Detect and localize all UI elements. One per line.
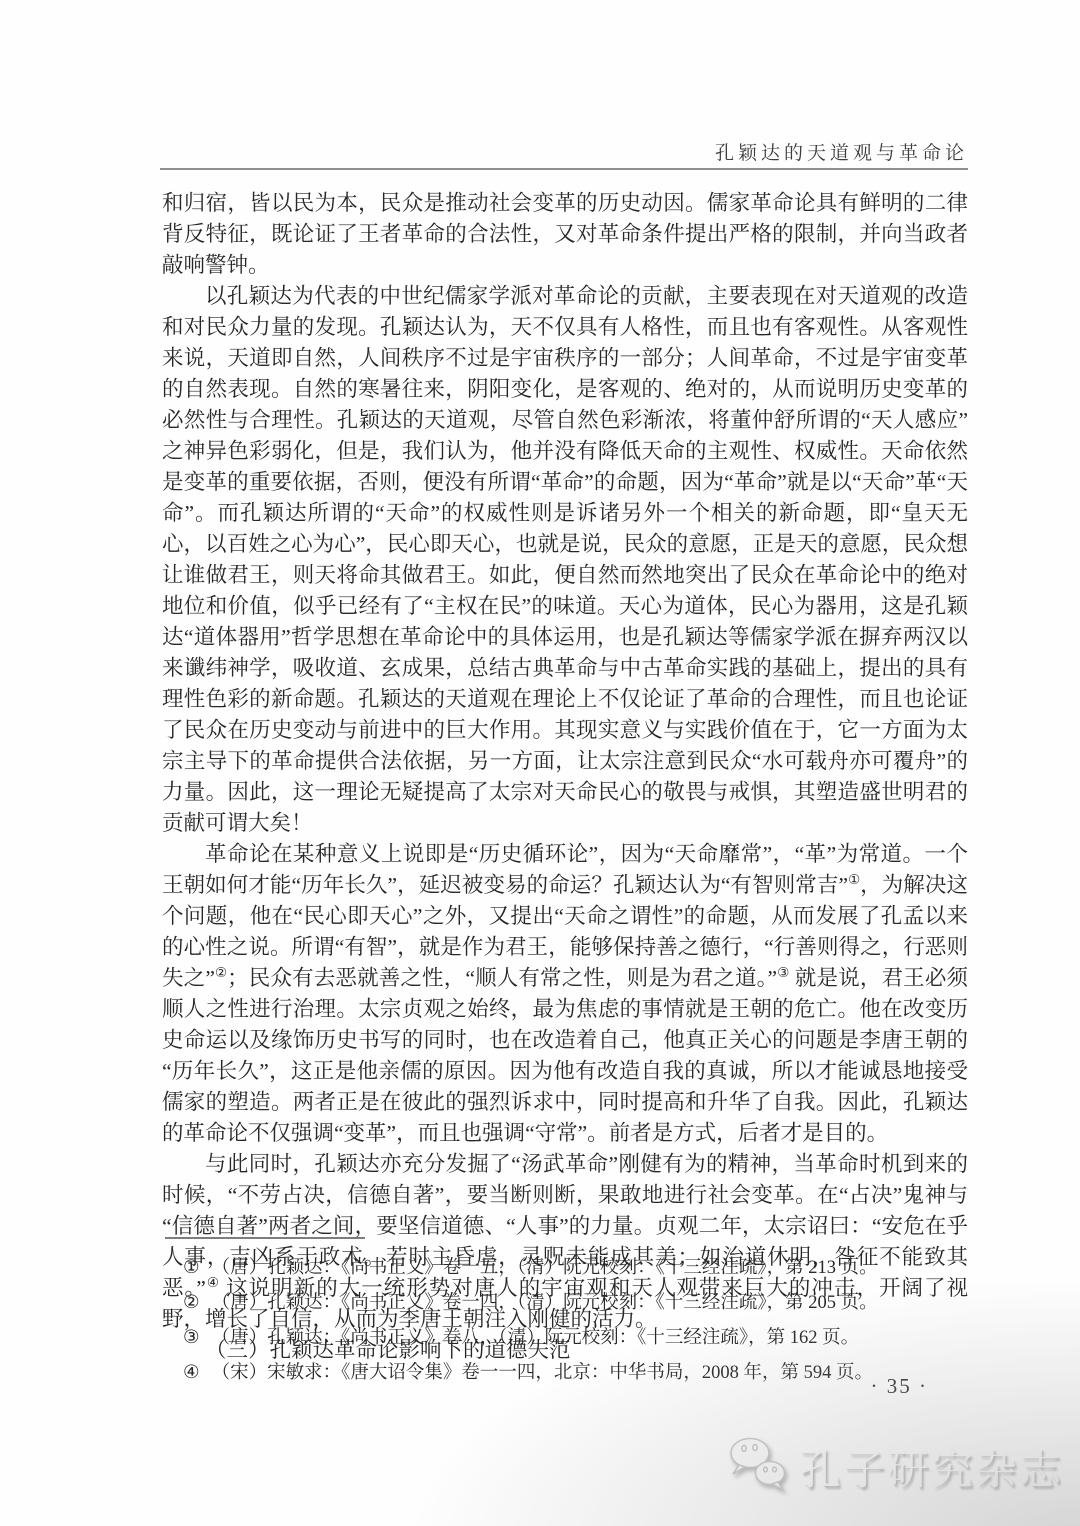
footnote-separator <box>165 1237 365 1239</box>
footnote-marker: ③ <box>183 1328 200 1348</box>
footnote-ref: ① <box>848 872 860 887</box>
footnote-marker: ② <box>183 1293 200 1313</box>
footnote-marker: ① <box>183 1258 200 1278</box>
journal-page: 孔颖达的天道观与革命论 和归宿，皆以民为本，民众是推动社会变革的历史动因。儒家革… <box>0 0 1080 1526</box>
footnote-ref: ② <box>215 965 227 980</box>
body-paragraph: 革命论在某种意义上说即是“历史循环论”，因为“天命靡常”，“革”为常道。一个王朝… <box>162 839 968 1149</box>
footnote-item: ②（唐）孔颖达：《尚书正义》卷一四，（清）阮元校刻：《十三经注疏》，第 205 … <box>183 1286 973 1321</box>
footnote-text: （唐）孔颖达：《尚书正义》卷一四，（清）阮元校刻：《十三经注疏》，第 205 页… <box>212 1293 878 1313</box>
body-paragraph: 以孔颖达为代表的中世纪儒家学派对革命论的贡献，主要表现在对天道观的改造和对民众力… <box>162 281 968 839</box>
watermark-label: 孔子研究杂志 <box>800 1437 1064 1496</box>
header-rule <box>160 168 968 170</box>
journal-watermark: 孔子研究杂志 <box>726 1436 1064 1497</box>
footnote-item: ③（唐）孔颖达：《尚书正义》卷八，（清）阮元校刻：《十三经注疏》，第 162 页… <box>183 1321 973 1356</box>
body-paragraph: 和归宿，皆以民为本，民众是推动社会变革的历史动因。儒家革命论具有鲜明的二律背反特… <box>162 188 968 281</box>
footnote-text: （唐）孔颖达：《尚书正义》卷一五，（清）阮元校刻：《十三经注疏》，第 213 页… <box>212 1258 878 1278</box>
footnotes-list: ①（唐）孔颖达：《尚书正义》卷一五，（清）阮元校刻：《十三经注疏》，第 213 … <box>183 1251 973 1391</box>
running-title: 孔颖达的天道观与革命论 <box>162 138 968 165</box>
body-text: 和归宿，皆以民为本，民众是推动社会变革的历史动因。儒家革命论具有鲜明的二律背反特… <box>162 188 968 1366</box>
page-number: · 35 · <box>162 1374 928 1399</box>
footnote-text: （唐）孔颖达：《尚书正义》卷八，（清）阮元校刻：《十三经注疏》，第 162 页。 <box>212 1328 860 1348</box>
footnote-item: ①（唐）孔颖达：《尚书正义》卷一五，（清）阮元校刻：《十三经注疏》，第 213 … <box>183 1251 973 1286</box>
footnote-ref: ③ <box>777 965 789 980</box>
wechat-icon <box>726 1436 790 1497</box>
